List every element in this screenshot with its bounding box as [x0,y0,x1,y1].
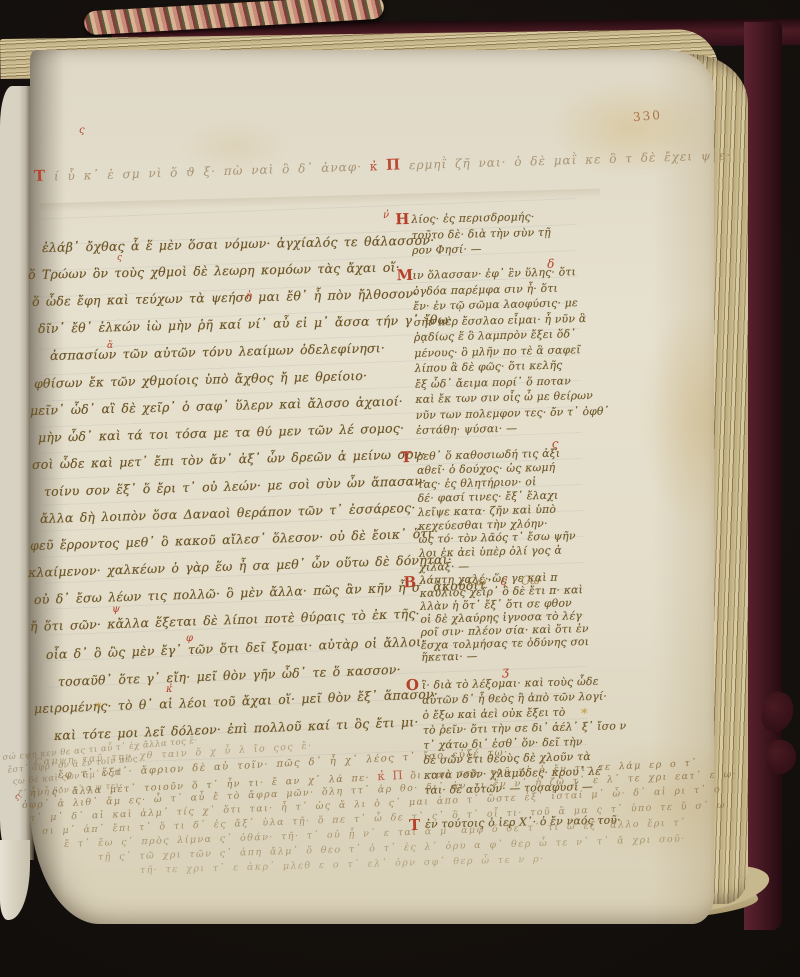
verse-line: φεῦ ἔρροντος μεθ᾽ ὃ κακοῦ αἴλεσ᾽ ὅλεσον·… [30,526,433,553]
ink-text: ερμηῒ ζῆ ναι· ὁ δὲ μαῒ κε ὃ τ δὲ ἔχει ψ … [401,148,732,172]
verse-line: ἤ ὅτι σῶν· κἄλλα ἕξεται δὲ λίποι ποτὲ θύ… [30,606,420,634]
rubric-mark: φ [186,634,193,644]
rubric-letter: Π [392,768,403,782]
rubric-letter: Π [386,155,402,173]
verse-line: δῖν᾽ ἔθ᾽ ἑλκών ἰὼ μὴν ῥῆ καί νί᾽ αὖ εἰ μ… [38,312,453,336]
commentary-column: Ηλίος· ἐς περισδρομής·τοῦτο δὲ· διὰ τὴν … [408,202,580,206]
ink-text: ί ὗ κ᾽ ἐ σμ νὶ ὅ ϑ ξ· πὼ ναὶ ὂ δ᾽ ἀναφ· [46,159,370,183]
rubric-mark: ς [117,254,122,263]
rubric-mark: * [95,702,102,715]
verse-line: καὶ τότε μοι λεῖ δόλεον· ἐπὶ πολλοῦ καί … [54,714,419,743]
verse-line: ἐλάβ᾽ ὄχθας ἇ ἕ μὲν ὅσαι νόμων· ἀγχίαλός… [42,232,435,255]
verse-line: φθίσων ἔκ τῶν χθμοίοις ὑπὸ ἄχθος ἤ με θρ… [34,367,368,390]
verse-line: τοσαῦθ᾽ ὅτε γ᾽ εἴη· μεῖ θὸν γῆν ὧδ᾽ τε ὅ… [58,661,401,688]
manuscript-photo: 330 Τ ί ὗ κ᾽ ἐ σμ νὶ ὅ ϑ ξ· πὼ ναὶ ὂ δ᾽ … [0,0,800,977]
folio-number: 330 [632,108,662,124]
verse-line: οἷα δ᾽ ὃ ὣς μὲν ἔγ᾽ τῶν ὅτι δεῖ ξομαι· α… [46,633,426,661]
rubric-mark: ν̓ [383,211,389,221]
verse-line: τοίνυ σον ἕξ᾽ ὅ ἔρι τ᾽ οὐ λεών· με σοὶ σ… [44,473,427,499]
rubric-mark: ς [79,126,85,136]
rubric-mark: ἅ [107,342,113,351]
verse-line: μεῖν᾽ ὧδ᾽ αἳ δὲ χεῖρ᾽ ὁ σαφ᾽ ὕλερν καὶ ἄ… [30,393,403,417]
rubric-mark: ψ [112,605,120,615]
rubric-letter: Τ [34,167,47,185]
verse-line: ἀσπασίων τῶν αὐτῶν τόνυ λεαίμων ὀδελεφίν… [50,341,385,364]
rubric-letter: Η [395,210,410,228]
verse-line: μὴν ὧδ᾽ καὶ τά τοι τόσα με τα θύ μεν τῶν… [38,420,405,445]
rubric-mark: κ̓ [166,685,173,695]
rubric-letter: Β [403,573,416,591]
text-layer: 330 Τ ί ὗ κ᾽ ἐ σμ νὶ ὅ ϑ ξ· πὼ ναὶ ὂ δ᾽ … [0,0,800,977]
rubric-letter: Ο [406,676,419,694]
verse-line: ὅ Τρώων ὃν τοὺς χθμοὶ δὲ λεωρη κομόων τὰ… [28,260,400,283]
rubric-letter: κ̓ [370,159,379,173]
commentary-paragraph: Τρεθ᾽ ὅ καθοσιωδή τις ἀξιαθεῖ· ὁ δούχος·… [414,446,588,590]
header-title-line: Τ ί ὗ κ᾽ ἐ σμ νὶ ὅ ϑ ξ· πὼ ναὶ ὂ δ᾽ ἀναφ… [34,145,732,185]
rubric-mark: * [581,708,588,721]
verse-line: ἄλλα δὴ λοιπὸν ὅσα Δαναοὶ θεράπον τῶν τ᾽… [40,500,416,526]
rubric-mark: ς [15,793,19,801]
rubric-mark: ἡ [246,292,252,302]
verse-line: σοὶ ὧδε καὶ μετ᾽ ἔπι τὸν ἄν᾽ ἀξ᾽ ὧν δρεῶ… [32,446,426,472]
commentary-paragraph: Μιν ὅλασσαν· ἐφ᾽ ἓν ὕλης· ὅτιὀγδόα παρέμ… [409,264,584,453]
rubric-letter: Μ [396,266,413,284]
commentary-paragraph: Βλάπτη χαλέ· ὥς γε καὶ πκαύλιος χεῖρ᾽ ὃ … [416,571,589,680]
rubric-letter: Τ [400,448,412,466]
verse-line: ὅ ὧδε ἔφη καὶ τεύχων τὰ ψεήσο μαι ἔθ᾽ ἧ … [32,286,418,309]
verse-line: κλαίμενον· χαλκέων ὁ γὰρ ἕω ἦ σα μεθ᾽ ὧν… [28,552,452,580]
